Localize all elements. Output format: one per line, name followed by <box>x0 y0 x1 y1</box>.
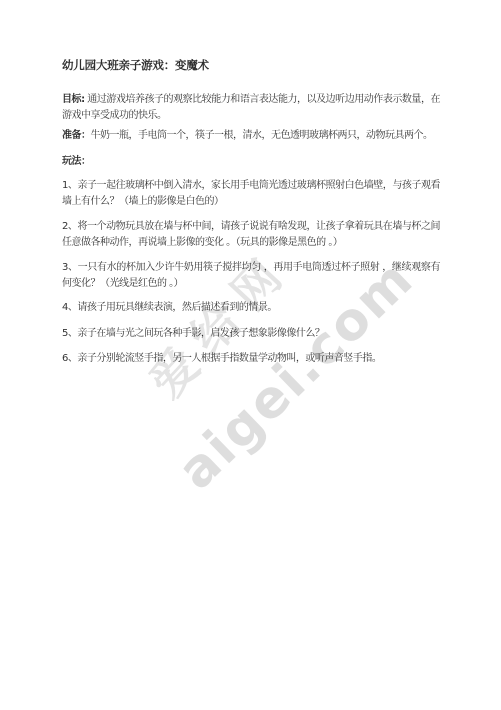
page-title: 幼儿园大班亲子游戏：变魔术 <box>62 57 440 73</box>
goal-text: 通过游戏培养孩子的观察比较能力和语言表达能力，以及边听边用动作表示数量，在游戏中… <box>62 94 440 121</box>
step-item-5: 5、亲子在墙与光之间玩各种手影，启发孩子想象影像像什么？ <box>62 326 440 342</box>
goal-label: 目标: <box>62 94 85 105</box>
howto-label: 玩法： <box>62 156 91 167</box>
step-item-4: 4、请孩子用玩具继续表演，然后描述看到的情景。 <box>62 300 440 316</box>
document-page: 爱给网 aigei.com 幼儿园大班亲子游戏：变魔术 目标: 通过游戏培养孩子… <box>0 0 501 710</box>
step-item-1: 1、亲子一起往玻璃杯中倒入清水，家长用手电筒光透过玻璃杯照射白色墙壁，与孩子观看… <box>62 178 440 209</box>
prep-label: 准备： <box>62 130 91 141</box>
goal-paragraph: 目标: 通过游戏培养孩子的观察比较能力和语言表达能力，以及边听边用动作表示数量，… <box>62 92 440 123</box>
step-item-3: 3、一只有水的杯加入少许牛奶用筷子搅拌均匀 ，再用手电筒透过杯子照射 ，继续观察… <box>62 260 440 291</box>
document-content: 幼儿园大班亲子游戏：变魔术 目标: 通过游戏培养孩子的观察比较能力和语言表达能力… <box>62 57 440 377</box>
prep-paragraph: 准备：牛奶一瓶，手电筒一个，筷子一根，清水，无色透明玻璃杯两只，动物玩具两个。 <box>62 128 440 144</box>
prep-text: 牛奶一瓶，手电筒一个，筷子一根，清水，无色透明玻璃杯两只，动物玩具两个。 <box>91 130 433 141</box>
step-item-6: 6、亲子分别轮流竖手指，另一人根据手指数量学动物叫，或听声音竖手指。 <box>62 351 440 367</box>
howto-heading: 玩法： <box>62 154 440 170</box>
step-item-2: 2、将一个动物玩具放在墙与杯中间，请孩子说说有啥发现，让孩子拿着玩具在墙与杯之间… <box>62 219 440 250</box>
